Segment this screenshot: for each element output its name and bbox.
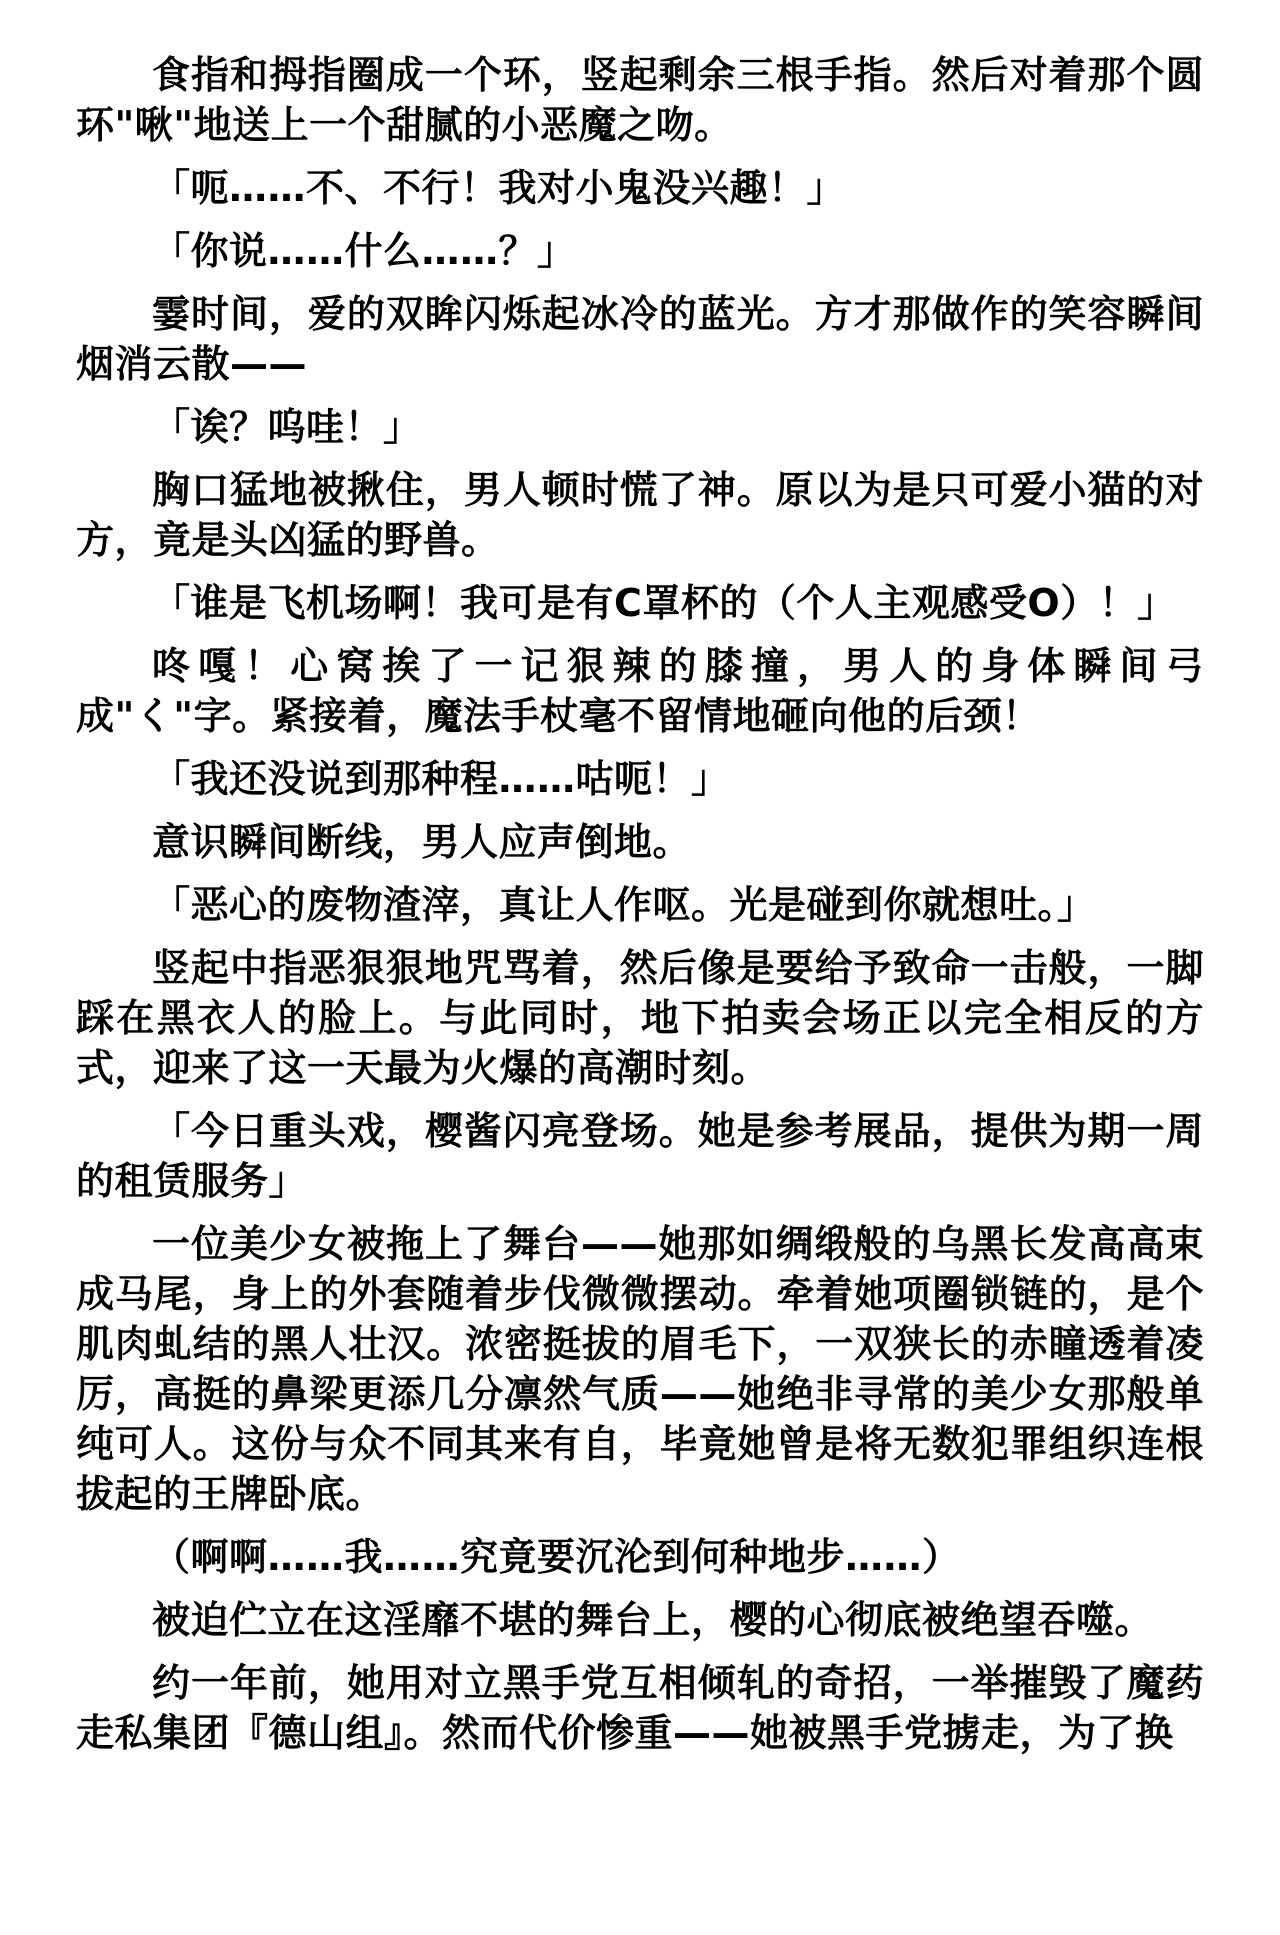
- paragraph-narration: 咚嘎！心窝挨了一记狠辣的膝撞，男人的身体瞬间弓成"く"字。紧接着，魔法手杖毫不留…: [76, 641, 1204, 741]
- paragraph-narration: 约一年前，她用对立黑手党互相倾轧的奇招，一举摧毁了魔药走私集团『德山组』。然而代…: [76, 1658, 1204, 1758]
- paragraph-dialogue: 「谁是飞机场啊！我可是有C罩杯的（个人主观感受O）！」: [76, 578, 1204, 628]
- paragraph-dialogue: 「今日重头戏，樱酱闪亮登场。她是参考展品，提供为期一周的租赁服务」: [76, 1106, 1204, 1206]
- paragraph-dialogue: 「恶心的废物渣滓，真让人作呕。光是碰到你就想吐。」: [76, 880, 1204, 930]
- paragraph-narration: 食指和拇指圈成一个环，竖起剩余三根手指。然后对着那个圆环"啾"地送上一个甜腻的小…: [76, 50, 1204, 150]
- paragraph-dialogue: 「呃……不、不行！我对小鬼没兴趣！」: [76, 163, 1204, 213]
- paragraph-inner-monologue: （啊啊……我……究竟要沉沦到何种地步……）: [76, 1532, 1204, 1582]
- paragraph-narration: 竖起中指恶狠狠地咒骂着，然后像是要给予致命一击般，一脚踩在黑衣人的脸上。与此同时…: [76, 943, 1204, 1093]
- paragraph-dialogue: 「我还没说到那种程……咕呃！」: [76, 754, 1204, 804]
- paragraph-narration: 被迫伫立在这淫靡不堪的舞台上，樱的心彻底被绝望吞噬。: [76, 1595, 1204, 1645]
- paragraph-dialogue: 「诶？呜哇！」: [76, 402, 1204, 452]
- paragraph-narration: 胸口猛地被揪住，男人顿时慌了神。原以为是只可爱小猫的对方，竟是头凶猛的野兽。: [76, 465, 1204, 565]
- paragraph-narration: 一位美少女被拖上了舞台——她那如绸缎般的乌黑长发高高束成马尾，身上的外套随着步伐…: [76, 1219, 1204, 1519]
- paragraph-narration: 意识瞬间断线，男人应声倒地。: [76, 817, 1204, 867]
- paragraph-narration: 霎时间，爱的双眸闪烁起冰冷的蓝光。方才那做作的笑容瞬间烟消云散——: [76, 289, 1204, 389]
- novel-page: 食指和拇指圈成一个环，竖起剩余三根手指。然后对着那个圆环"啾"地送上一个甜腻的小…: [0, 0, 1280, 1935]
- paragraph-dialogue: 「你说……什么……？」: [76, 226, 1204, 276]
